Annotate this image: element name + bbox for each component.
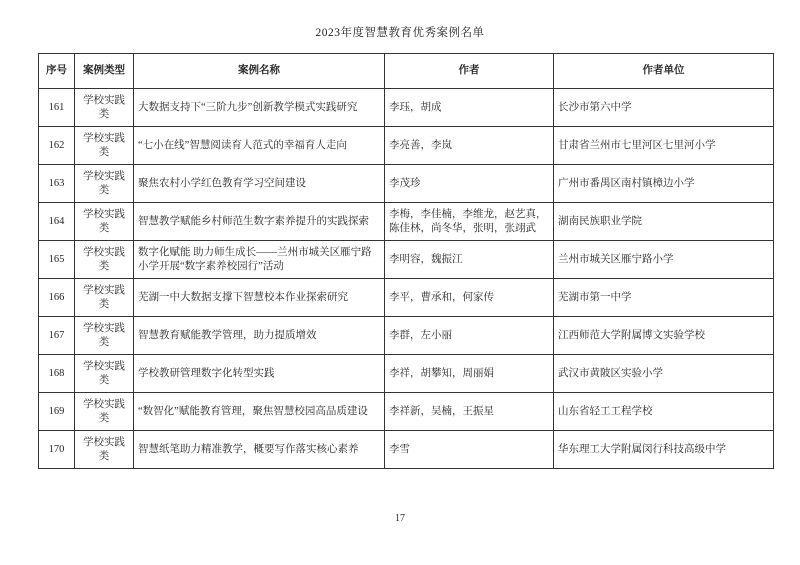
- header-author: 作者: [385, 54, 554, 89]
- cell-case-type: 学校实践类: [75, 431, 134, 469]
- cell-serial-number: 161: [39, 89, 75, 127]
- cell-author-org: 江西师范大学附属博文实验学校: [554, 317, 774, 355]
- cell-serial-number: 168: [39, 355, 75, 393]
- table-row: 170学校实践类智慧纸笔助力精准教学，概要写作落实核心素养李雪华东理工大学附属闵…: [39, 431, 774, 469]
- cases-table: 序号 案例类型 案例名称 作者 作者单位 161学校实践类大数据支持下“三阶九步…: [38, 53, 774, 469]
- table-row: 167学校实践类智慧教育赋能教学管理，助力提质增效李群，左小丽江西师范大学附属博…: [39, 317, 774, 355]
- cell-author-org: 兰州市城关区雁宁路小学: [554, 241, 774, 279]
- cell-case-type: 学校实践类: [75, 393, 134, 431]
- cell-authors: 李明容，魏振江: [385, 241, 554, 279]
- cell-authors: 李珏，胡成: [385, 89, 554, 127]
- cell-case-name: “七小在线”智慧阅读育人范式的幸福育人走向: [134, 127, 385, 165]
- cell-authors: 李梅，李佳楠，李维龙，赵艺真，陈佳林，尚冬华，张明，张翊武: [385, 203, 554, 241]
- table-row: 165学校实践类数字化赋能 助力师生成长——兰州市城关区雁宁路小学开展“数字素养…: [39, 241, 774, 279]
- cell-author-org: 甘肃省兰州市七里河区七里河小学: [554, 127, 774, 165]
- cell-author-org: 山东省轻工工程学校: [554, 393, 774, 431]
- cell-case-name: 智慧纸笔助力精准教学，概要写作落实核心素养: [134, 431, 385, 469]
- cell-case-name: 智慧教学赋能乡村师范生数字素养提升的实践探索: [134, 203, 385, 241]
- cell-case-type: 学校实践类: [75, 317, 134, 355]
- table-row: 169学校实践类“数智化”赋能教育管理，聚焦智慧校园高品质建设李祥新，吴楠，王振…: [39, 393, 774, 431]
- cell-author-org: 华东理工大学附属闵行科技高级中学: [554, 431, 774, 469]
- table-row: 161学校实践类大数据支持下“三阶九步”创新教学模式实践研究李珏，胡成长沙市第六…: [39, 89, 774, 127]
- cell-case-type: 学校实践类: [75, 165, 134, 203]
- table-row: 166学校实践类芜湖一中大数据支撑下智慧校本作业探索研究李平，曹承和，何家传芜湖…: [39, 279, 774, 317]
- cell-case-type: 学校实践类: [75, 355, 134, 393]
- cell-serial-number: 162: [39, 127, 75, 165]
- cell-serial-number: 167: [39, 317, 75, 355]
- table-body: 161学校实践类大数据支持下“三阶九步”创新教学模式实践研究李珏，胡成长沙市第六…: [39, 89, 774, 469]
- cell-case-name: 芜湖一中大数据支撑下智慧校本作业探索研究: [134, 279, 385, 317]
- table-row: 162学校实践类“七小在线”智慧阅读育人范式的幸福育人走向李亮善，李岚甘肃省兰州…: [39, 127, 774, 165]
- cell-author-org: 湖南民族职业学院: [554, 203, 774, 241]
- cell-author-org: 武汉市黄陂区实验小学: [554, 355, 774, 393]
- cell-case-type: 学校实践类: [75, 241, 134, 279]
- cell-case-name: 学校教研管理数字化转型实践: [134, 355, 385, 393]
- cell-serial-number: 164: [39, 203, 75, 241]
- cell-authors: 李茂珍: [385, 165, 554, 203]
- cell-authors: 李祥，胡攀知，周丽娟: [385, 355, 554, 393]
- table-row: 168学校实践类学校教研管理数字化转型实践李祥，胡攀知，周丽娟武汉市黄陂区实验小…: [39, 355, 774, 393]
- page-title: 2023年度智慧教育优秀案例名单: [0, 24, 800, 40]
- header-case-name: 案例名称: [134, 54, 385, 89]
- cell-serial-number: 163: [39, 165, 75, 203]
- cell-case-type: 学校实践类: [75, 127, 134, 165]
- table-header-row: 序号 案例类型 案例名称 作者 作者单位: [39, 54, 774, 89]
- cell-case-name: “数智化”赋能教育管理，聚焦智慧校园高品质建设: [134, 393, 385, 431]
- cell-case-type: 学校实践类: [75, 203, 134, 241]
- cell-serial-number: 165: [39, 241, 75, 279]
- cell-authors: 李亮善，李岚: [385, 127, 554, 165]
- cell-authors: 李群，左小丽: [385, 317, 554, 355]
- cell-case-name: 大数据支持下“三阶九步”创新教学模式实践研究: [134, 89, 385, 127]
- cell-case-type: 学校实践类: [75, 279, 134, 317]
- table-row: 164学校实践类智慧教学赋能乡村师范生数字素养提升的实践探索李梅，李佳楠，李维龙…: [39, 203, 774, 241]
- header-serial-number: 序号: [39, 54, 75, 89]
- header-author-org: 作者单位: [554, 54, 774, 89]
- cell-case-name: 聚焦农村小学红色教育学习空间建设: [134, 165, 385, 203]
- cell-author-org: 长沙市第六中学: [554, 89, 774, 127]
- page-number: 17: [0, 513, 800, 524]
- cell-serial-number: 166: [39, 279, 75, 317]
- cell-authors: 李祥新，吴楠，王振星: [385, 393, 554, 431]
- cell-case-name: 智慧教育赋能教学管理，助力提质增效: [134, 317, 385, 355]
- cell-authors: 李平，曹承和，何家传: [385, 279, 554, 317]
- cell-case-name: 数字化赋能 助力师生成长——兰州市城关区雁宁路小学开展“数字素养校园行”活动: [134, 241, 385, 279]
- cell-case-type: 学校实践类: [75, 89, 134, 127]
- cell-serial-number: 170: [39, 431, 75, 469]
- cell-authors: 李雪: [385, 431, 554, 469]
- cell-serial-number: 169: [39, 393, 75, 431]
- cell-author-org: 芜湖市第一中学: [554, 279, 774, 317]
- cell-author-org: 广州市番禺区南村镇樟边小学: [554, 165, 774, 203]
- table-row: 163学校实践类聚焦农村小学红色教育学习空间建设李茂珍广州市番禺区南村镇樟边小学: [39, 165, 774, 203]
- header-case-type: 案例类型: [75, 54, 134, 89]
